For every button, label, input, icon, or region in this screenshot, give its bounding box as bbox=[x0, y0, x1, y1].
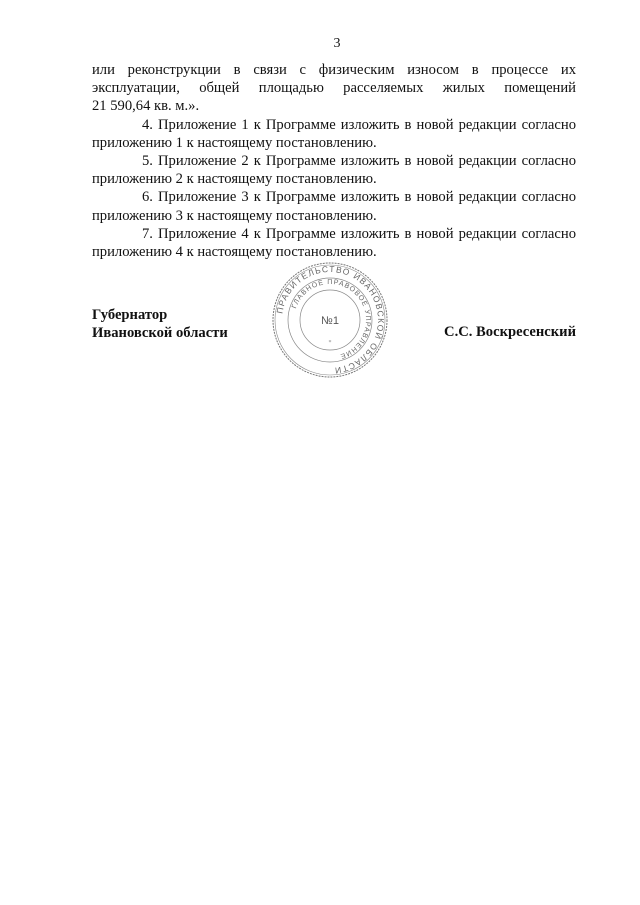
item-4-paragraph: 4. Приложение 1 к Программе изложить в н… bbox=[92, 116, 576, 152]
signatory-name: С.С. Воскресенский bbox=[444, 323, 576, 341]
stamp-seal-icon: ПРАВИТЕЛЬСТВО ИВАНОВСКОЙ ОБЛАСТИ ГЛАВНОЕ… bbox=[270, 260, 390, 380]
item-7-paragraph: 7. Приложение 4 к Программе изложить в н… bbox=[92, 225, 576, 261]
continuation-paragraph: или реконструкции в связи с физическим и… bbox=[92, 61, 576, 116]
continuation-line-1: или реконструкции в связи с физическим и… bbox=[92, 61, 576, 79]
stamp-star-icon: * bbox=[329, 340, 332, 346]
continuation-line-3: 21 590,64 кв. м.». bbox=[92, 98, 199, 114]
page-number: 3 bbox=[0, 36, 640, 52]
official-stamp: ПРАВИТЕЛЬСТВО ИВАНОВСКОЙ ОБЛАСТИ ГЛАВНОЕ… bbox=[270, 260, 390, 380]
continuation-line-2: эксплуатации, общей площадью расселяемых… bbox=[92, 79, 576, 97]
document-body: или реконструкции в связи с физическим и… bbox=[92, 61, 576, 261]
signatory-position: Губернатор Ивановской области bbox=[92, 306, 228, 342]
position-line-1: Губернатор bbox=[92, 306, 228, 324]
stamp-center-text: №1 bbox=[321, 315, 339, 327]
position-line-2: Ивановской области bbox=[92, 324, 228, 342]
item-5-paragraph: 5. Приложение 2 к Программе изложить в н… bbox=[92, 152, 576, 188]
item-6-paragraph: 6. Приложение 3 к Программе изложить в н… bbox=[92, 188, 576, 224]
